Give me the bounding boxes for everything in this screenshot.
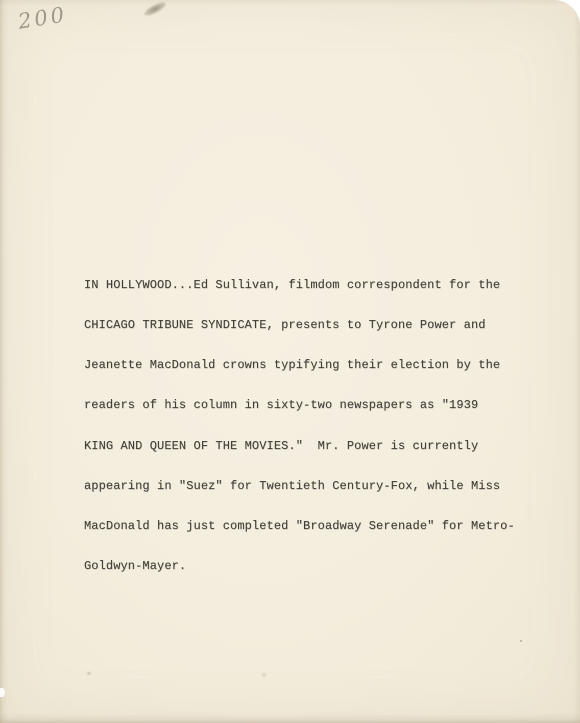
caption-line: appearing in "Suez" for Twentieth Centur… <box>84 480 524 493</box>
caption-line: Goldwyn-Mayer. <box>84 560 524 573</box>
handwritten-number: 200 <box>16 2 68 33</box>
typed-caption: IN HOLLYWOOD...Ed Sullivan, filmdom corr… <box>84 252 524 600</box>
caption-line: readers of his column in sixty-two newsp… <box>84 399 524 412</box>
smudge-mark <box>143 0 168 18</box>
caption-line: CHICAGO TRIBUNE SYNDICATE, presents to T… <box>84 319 524 332</box>
paper-speck <box>87 672 91 675</box>
caption-line: Jeanette MacDonald crowns typifying thei… <box>84 359 524 372</box>
caption-line: IN HOLLYWOOD...Ed Sullivan, filmdom corr… <box>84 279 524 292</box>
paper-speck <box>520 640 522 642</box>
caption-line: MacDonald has just completed "Broadway S… <box>84 520 524 533</box>
caption-line: KING AND QUEEN OF THE MOVIES." Mr. Power… <box>84 440 524 453</box>
photo-back-scan: 200 IN HOLLYWOOD...Ed Sullivan, filmdom … <box>0 0 580 723</box>
edge-nick <box>0 688 5 697</box>
paper-speck <box>262 673 266 677</box>
